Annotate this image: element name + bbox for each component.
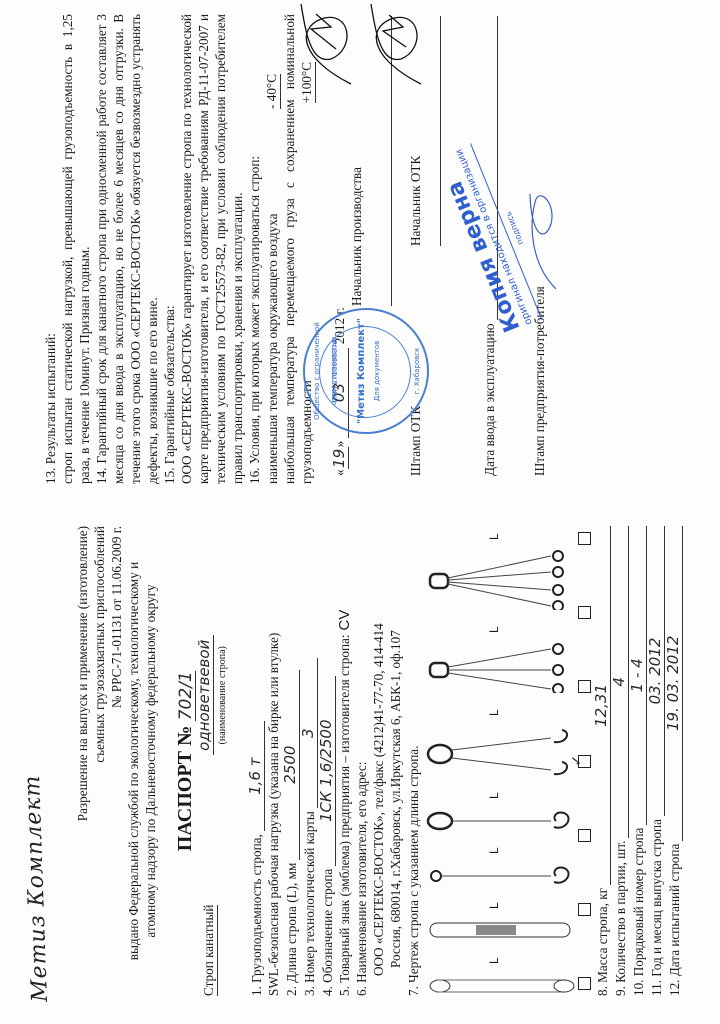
- checkbox-four-leg[interactable]: [578, 532, 591, 545]
- field-row: 8. Масса стропа, кг12,31: [593, 526, 611, 996]
- section13-title: 13. Результаты испытаний:: [42, 14, 59, 484]
- sling-icon: [426, 726, 576, 776]
- permit-line-2: съемных грузозахватных приспособлений: [91, 526, 108, 996]
- manufacturer-line-1: ООО «СЕРТЕКС-ВОСТОК», тел/факс (4212)41-…: [370, 526, 387, 996]
- right-column: 13. Результаты испытаний: строп испытан …: [28, 14, 708, 484]
- sling-drawing-four-leg: L: [426, 526, 576, 610]
- copy-stamp-signature: [526, 184, 566, 294]
- field-length: 2. Длина стропа (L), мм 2500: [282, 526, 300, 996]
- length-marker: L: [486, 709, 503, 716]
- sling-name-value: одноветвевой: [196, 635, 214, 755]
- section13-text: строп испытан статической нагрузкой, пре…: [59, 14, 93, 484]
- checkbox-two-leg[interactable]: [578, 680, 591, 693]
- field-row: 9. Количество в партии, шт.4: [611, 526, 629, 996]
- section16-title: 16. Условия, при которых может эксплуати…: [246, 14, 263, 484]
- sling-drawing-three-leg: L: [426, 619, 576, 693]
- passport-page: Метиз Комплект Разрешение на выпуск и пр…: [0, 0, 720, 1024]
- field-tech-card: 3. Номер технологической карты 3: [300, 526, 318, 996]
- checkbox-single-leg-eye-hook[interactable]: [578, 829, 591, 842]
- min-temp-value: - 40°С: [263, 74, 281, 109]
- section15-text: ООО «СЕРТЕКС-ВОСТОК» гарантирует изготов…: [178, 14, 246, 484]
- fields-block-2: 8. Масса стропа, кг12,319. Количество в …: [593, 526, 683, 996]
- field-swl: SWL-безопасная рабочая нагрузка (указана…: [265, 526, 282, 996]
- field-designation: 4. Обозначение стропа 1СК 1,6/2500: [318, 526, 336, 996]
- length-marker: L: [486, 626, 503, 633]
- length-marker: L: [486, 902, 503, 909]
- sling-icon: [426, 864, 576, 886]
- otk-head-signature: [361, 0, 431, 89]
- length-marker: L: [486, 957, 503, 964]
- drawing-caption: 7. Чертеж стропа с указанием длины строп…: [405, 526, 422, 996]
- left-column: Метиз Комплект Разрешение на выпуск и пр…: [28, 526, 708, 996]
- sling-icon: [426, 643, 576, 693]
- sling-type-label: Строп канатный: [200, 905, 218, 996]
- sling-icon: [426, 974, 576, 996]
- permit-line-4: выдано Федеральной службой по экологичес…: [125, 526, 142, 996]
- field-trademark: 5. Товарный знак (эмблема) предприятия –…: [336, 526, 353, 996]
- length-marker: L: [486, 847, 503, 854]
- passport-number: 702/1: [178, 671, 196, 721]
- permit-line-1: Разрешение на выпуск и применение (изгот…: [74, 526, 91, 996]
- checkbox-loop-sling[interactable]: [578, 977, 591, 990]
- checkbox-endless-sling[interactable]: [578, 903, 591, 916]
- checkbox-single-leg-ring-hook[interactable]: [578, 755, 591, 768]
- section14-text: 14. Гарантийный срок для канатного строп…: [93, 14, 161, 484]
- length-marker: L: [486, 792, 503, 799]
- sling-icon: [426, 550, 576, 610]
- sling-drawing-two-leg: L: [426, 702, 576, 776]
- checkbox-three-leg[interactable]: [578, 606, 591, 619]
- sling-icon: [426, 919, 576, 941]
- permit-line-3: № РРС-71-01131 от 11.06.2009 г.: [108, 526, 125, 996]
- permit-block: Разрешение на выпуск и применение (изгот…: [74, 526, 159, 996]
- passport-title: ПАСПОРТ № 702/1: [177, 526, 196, 996]
- sling-drawing-loop-sling: L: [426, 950, 576, 996]
- section15-title: 15. Гарантийные обязательства:: [161, 14, 178, 484]
- sling-drawing-single-leg-eye-hook: L: [426, 840, 576, 886]
- trademark-value: CV: [336, 610, 353, 631]
- fields-block-1: 1. Грузоподъемность стропа, 1,6 т SWL-бе…: [247, 526, 422, 996]
- min-temp-row: наименьшая температура окружающего возду…: [263, 14, 281, 484]
- sling-icon: [426, 809, 576, 831]
- field-row: 10. Порядковый номер стропа1 - 4: [629, 526, 647, 996]
- production-head-signature: [291, 0, 361, 89]
- permit-line-5: атомному надзору по Дальневосточному фед…: [142, 526, 159, 996]
- field-row: 12. Дата испытаний стропа19. 03. 2012: [665, 526, 683, 996]
- sling-drawing-endless-sling: L: [426, 895, 576, 941]
- sling-drawings: LLLLLLL: [426, 526, 576, 996]
- field-capacity: 1. Грузоподъемность стропа, 1,6 т: [247, 526, 265, 996]
- manufacturer-line-2: Россия, 680014, г.Хабаровск, ул.Иркутска…: [387, 526, 404, 996]
- sling-drawing-single-leg-ring-hook: L: [426, 785, 576, 831]
- sling-name-caption: (наименование стропа): [214, 526, 231, 865]
- signature-area: «19» 03 2012 г. Начальник производства Ш…: [331, 14, 631, 484]
- handwritten-note: Метиз Комплект: [24, 774, 49, 1002]
- field-row: 11. Год и месяц выпуска стропа03. 2012: [647, 526, 665, 996]
- sling-type-checkboxes: [578, 526, 591, 996]
- round-company-stamp: Общество с ограниченной ответственностью…: [303, 308, 429, 434]
- scanned-document: Метиз Комплект Разрешение на выпуск и пр…: [0, 0, 720, 1024]
- length-marker: L: [486, 533, 503, 540]
- field-manufacturer: 6. Наименование изготовителя, его адрес:: [353, 526, 370, 996]
